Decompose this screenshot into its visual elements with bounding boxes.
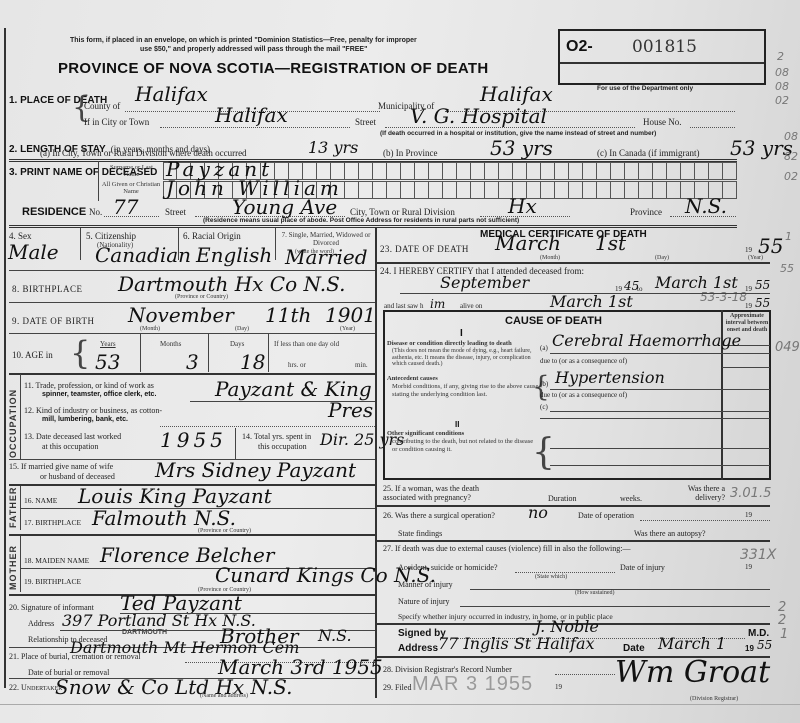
operation-year-prefix: 19 (745, 511, 752, 519)
attended-from-value: September (440, 273, 529, 292)
nature-line (460, 606, 770, 607)
county-label: County of (84, 101, 120, 111)
divider (208, 334, 209, 372)
total-years-label: 14. Total yrs. spent in (242, 432, 311, 441)
divider (20, 374, 21, 459)
residence-province-value: N.S. (685, 194, 727, 218)
industry-label: 12. Kind of industry or business, as cot… (24, 406, 162, 415)
operation-value: no (528, 503, 548, 522)
bottom-edge (0, 704, 800, 705)
margin-note: 08 (775, 66, 789, 79)
alive-on-label: alive on (460, 302, 482, 310)
given-name-label: All Given or Christian Name (100, 181, 162, 195)
signature-address-value: 77 Inglis St Halifax (438, 634, 595, 653)
divider (9, 373, 375, 375)
margin-note: 55 (780, 262, 794, 275)
informant-address-label: Address (28, 619, 54, 628)
registrar-caption: (Division Registrar) (690, 696, 738, 702)
last-worked-value: 1955 (160, 428, 227, 452)
birthplace-label: 8. BIRTHPLACE (12, 284, 82, 294)
county-value: Halifax (135, 82, 208, 106)
duration-label: Duration (548, 494, 576, 503)
dob-year-caption: (Year) (340, 326, 355, 332)
injury-date-label: Date of injury (620, 563, 665, 572)
operation-date-line (640, 520, 770, 521)
margin-note: 08 (775, 80, 789, 93)
divider (140, 334, 141, 372)
mother-birthplace-label: 19. BIRTHPLACE (24, 577, 81, 586)
city-value: Halifax (215, 103, 288, 127)
margin-note: 02 (784, 170, 798, 183)
manner-line (470, 589, 770, 590)
weeks-label: weeks. (620, 494, 642, 503)
municipality-value: Halifax (480, 82, 553, 106)
place-of-death-label: 1. PLACE OF DEATH (9, 95, 57, 106)
dob-day: 11th (265, 303, 311, 327)
occupation-section-label: OCCUPATION (8, 380, 18, 458)
relationship-extra: N.S. (318, 626, 352, 645)
accident-line (515, 572, 615, 573)
filed-stamp: MAR 3 1955 (412, 673, 533, 696)
house-no-label: House No. (643, 117, 682, 127)
form-title: PROVINCE OF NOVA SCOTIA—REGISTRATION OF … (58, 60, 488, 77)
roman-2: II (455, 420, 459, 429)
residence-street-value: Young Ave (232, 195, 337, 219)
city-line (160, 127, 350, 128)
stay-c-label: (c) In Canada (if immigrant) (597, 148, 699, 158)
other-conditions-label: Other significant conditions (387, 430, 464, 437)
residence-city-label: City, Town or Rural Division (350, 207, 455, 217)
trade-sub: spinner, teamster, office clerk, etc. (42, 391, 156, 398)
column-divider (375, 228, 377, 698)
divider (275, 228, 276, 260)
external-causes-label: 27. If death was due to external causes … (383, 544, 630, 553)
sex-value: Male (8, 240, 59, 264)
cause-b-value: Hypertension (555, 368, 665, 387)
divider (268, 334, 269, 372)
divider (9, 225, 737, 228)
citizenship-value: Canadian (95, 243, 191, 267)
racial-origin-label: 6. Racial Origin (183, 231, 241, 241)
industry-value: Pres (328, 398, 373, 422)
other-conditions-sub: contributing to the death, but not relat… (392, 438, 540, 454)
residence-province-label: Province (630, 207, 662, 217)
age-min-label: min. (355, 361, 368, 369)
pencil-note: 3.01.5 (730, 486, 771, 501)
direct-cause-label: Disease or condition directly leading to… (387, 340, 512, 347)
undertaker-value: Snow & Co Ltd Hx N.S. (55, 675, 292, 699)
registration-number-box: O2- 001815 (558, 29, 766, 85)
date-of-death-year-prefix: 19 (745, 246, 752, 254)
divider (9, 333, 375, 334)
pencil-note: 331X (740, 547, 776, 563)
divider (377, 262, 770, 264)
last-seen-year: 55 (755, 296, 770, 310)
other-line-2 (550, 465, 770, 466)
dept-note: For use of the Department only (597, 85, 693, 92)
cause-b-label: (b) (540, 380, 548, 388)
last-seen-him: im (430, 297, 445, 311)
residence-no-label: No. (89, 207, 102, 217)
father-name-label: 16. NAME (24, 496, 57, 505)
residence-no-value: 77 (113, 195, 138, 219)
residence-street-label: Street (165, 207, 186, 217)
margin-note: 08 (784, 130, 798, 143)
dod-month-caption: (Month) (540, 255, 560, 261)
age-years-value: 53 (95, 350, 120, 374)
spouse-sub: or husband of deceased (40, 472, 115, 481)
divider (377, 505, 770, 507)
dob-day-caption: (Day) (235, 326, 249, 332)
cause-c-line (550, 411, 770, 412)
industry-line (160, 426, 375, 427)
margin-note: 82 (784, 150, 798, 163)
margin-note: 1 (785, 230, 792, 243)
injury-year-prefix: 19 (745, 563, 752, 571)
maiden-name-label: 18. MAIDEN NAME (24, 556, 89, 565)
signature-year: 55 (757, 638, 772, 652)
last-worked-label: 13. Date deceased last worked (24, 432, 121, 441)
father-name-value: Louis King Payzant (78, 484, 272, 508)
dob-month: November (128, 303, 234, 327)
divider (98, 161, 99, 201)
last-seen-value: March 1st (550, 292, 633, 311)
dob-year: 1901 (325, 303, 376, 327)
manner-caption: (How sustained) (575, 590, 615, 596)
stay-a-value: 13 yrs (308, 138, 358, 157)
antecedent-label: Antecedent causes (387, 375, 438, 382)
citizenship-label: 5. Citizenship (86, 231, 136, 241)
father-section-label: FATHER (8, 488, 18, 528)
to-label: to (637, 285, 642, 293)
date-of-death-month: March (495, 231, 561, 255)
residence-city-value: Hx (508, 194, 537, 218)
accident-label: Accident, suicide or homicide? (398, 563, 498, 572)
margin-note: 049 (775, 340, 800, 355)
signature-address-label: Address (398, 643, 438, 654)
brace-icon: { (532, 432, 555, 473)
left-border (4, 28, 6, 688)
postal-note-line2: use $50," and properly addressed will pa… (140, 46, 367, 53)
cause-a-value: Cerebral Haemorrhage (552, 331, 741, 350)
dob-month-caption: (Month) (140, 326, 160, 332)
delivery-label: Was there a delivery? (675, 484, 725, 502)
due-to-label-b: due to (or as a consequence of) (540, 391, 627, 399)
age-label: 10. AGE in (12, 350, 53, 360)
margin-note: 02 (775, 94, 789, 107)
house-no-line (690, 127, 735, 128)
margin-note: 2 (778, 613, 786, 628)
cause-a-line (550, 353, 770, 354)
deceased-name-label: 3. PRINT NAME OF DECEASED (9, 166, 94, 179)
pregnancy-question: 25. If a woman, was the death associated… (383, 484, 513, 502)
street-value: V. G. Hospital (410, 104, 547, 128)
margin-note: 2 (777, 50, 784, 63)
dod-day-caption: (Day) (655, 255, 669, 261)
divider (20, 536, 21, 592)
registrar-signature: Wm Groat (615, 655, 770, 690)
cause-of-death-title: CAUSE OF DEATH (505, 315, 602, 327)
last-seen-label: and last saw h (384, 302, 423, 310)
last-seen-year-prefix: 19 (745, 302, 752, 310)
operation-label: 26. Was there a surgical operation? (383, 511, 495, 520)
divider (80, 228, 81, 260)
cause-a-label: (a) (540, 344, 548, 352)
direct-cause-sub: (This does not mean the mode of dying, e… (392, 348, 540, 368)
nature-label: Nature of injury (398, 597, 450, 606)
father-birthplace-value: Falmouth N.S. (92, 506, 236, 530)
attended-to-year: 55 (755, 278, 770, 292)
dartmouth-stamp: DARTMOUTH (122, 629, 167, 636)
divider (722, 367, 770, 368)
divider (235, 428, 236, 459)
stay-b-label: (b) In Province (383, 148, 437, 158)
age-days-value: 18 (240, 350, 265, 374)
residence-label: RESIDENCE (22, 206, 86, 218)
other-line-1 (550, 448, 770, 449)
death-registration-form: This form, if placed in an envelope, on … (0, 0, 800, 723)
signature-date-label: Date (623, 643, 645, 654)
last-worked-sub: at this occupation (42, 442, 98, 451)
reg-number: 001815 (632, 37, 697, 57)
autopsy-label: Was there an autopsy? (634, 529, 706, 538)
city-label: If in City or Town (84, 117, 149, 127)
reg-prefix: O2- (566, 38, 593, 56)
cause-c-label: (c) (540, 403, 548, 411)
operation-date-label: Date of operation (578, 511, 634, 520)
surname-label: Surname or Last Name (104, 164, 159, 178)
reg-box-divider (560, 62, 764, 64)
stay-b-value: 53 yrs (490, 136, 553, 160)
divider (9, 270, 375, 271)
brace-icon: { (70, 334, 90, 372)
findings-label: State findings (398, 529, 442, 538)
undertaker-caption: (Name and address) (200, 693, 248, 699)
divider (377, 540, 770, 542)
date-of-death-label: 23. DATE OF DEATH (380, 244, 469, 254)
date-of-death-day: 1st (595, 231, 626, 255)
age-months-label: Months (160, 340, 181, 348)
residence-note: (Residence means usual place of abode. P… (203, 217, 519, 224)
signature-year-prefix: 19 (745, 644, 754, 653)
trade-label: 11. Trade, profession, or kind of work a… (24, 381, 154, 390)
age-months-value: 3 (186, 350, 199, 374)
spouse-label: 15. If married give name of wife (9, 462, 113, 471)
mother-section-label: MOTHER (8, 538, 18, 590)
accident-caption: (State which) (535, 574, 567, 580)
dob-label: 9. DATE OF BIRTH (12, 316, 94, 326)
industry-sub: mill, lumbering, bank, etc. (42, 416, 128, 423)
total-years-sub: this occupation (258, 442, 307, 451)
filed-year-prefix: 19 (555, 683, 562, 691)
age-years-label: Years (100, 340, 116, 348)
father-birthplace-label: 17. BIRTHPLACE (24, 518, 81, 527)
margin-note: 1 (780, 627, 788, 642)
divider (540, 418, 770, 419)
due-to-label-a: due to (or as a consequence of) (540, 357, 627, 365)
antecedent-sub: Morbid conditions, if any, giving rise t… (392, 383, 540, 398)
racial-origin-value: English (196, 243, 272, 267)
street-label: Street (355, 117, 376, 127)
birthplace-caption: (Province or Country) (175, 294, 228, 300)
signature-date-value: March 1 (658, 634, 726, 653)
roman-1: I (460, 328, 463, 339)
divider (9, 534, 375, 536)
record-number-line (555, 674, 615, 675)
dod-year-caption: (Year) (748, 255, 763, 261)
pregnancy-label: 25. If a woman, was the death associated… (383, 484, 513, 502)
marital-value: Married (285, 245, 368, 269)
cause-b-line (550, 389, 770, 390)
postal-note-line1: This form, if placed in an envelope, on … (70, 37, 417, 44)
age-hrs-label: hrs. or (288, 361, 306, 369)
spouse-value: Mrs Sidney Payzant (155, 458, 356, 482)
age-days-label: Days (230, 340, 244, 348)
age-lt-day-label: If less than one day old (274, 340, 339, 348)
birthplace-value: Dartmouth Hx Co N.S. (118, 272, 345, 296)
manner-label: Manner of injury (398, 580, 453, 589)
filed-label: 29. Filed (383, 683, 411, 692)
